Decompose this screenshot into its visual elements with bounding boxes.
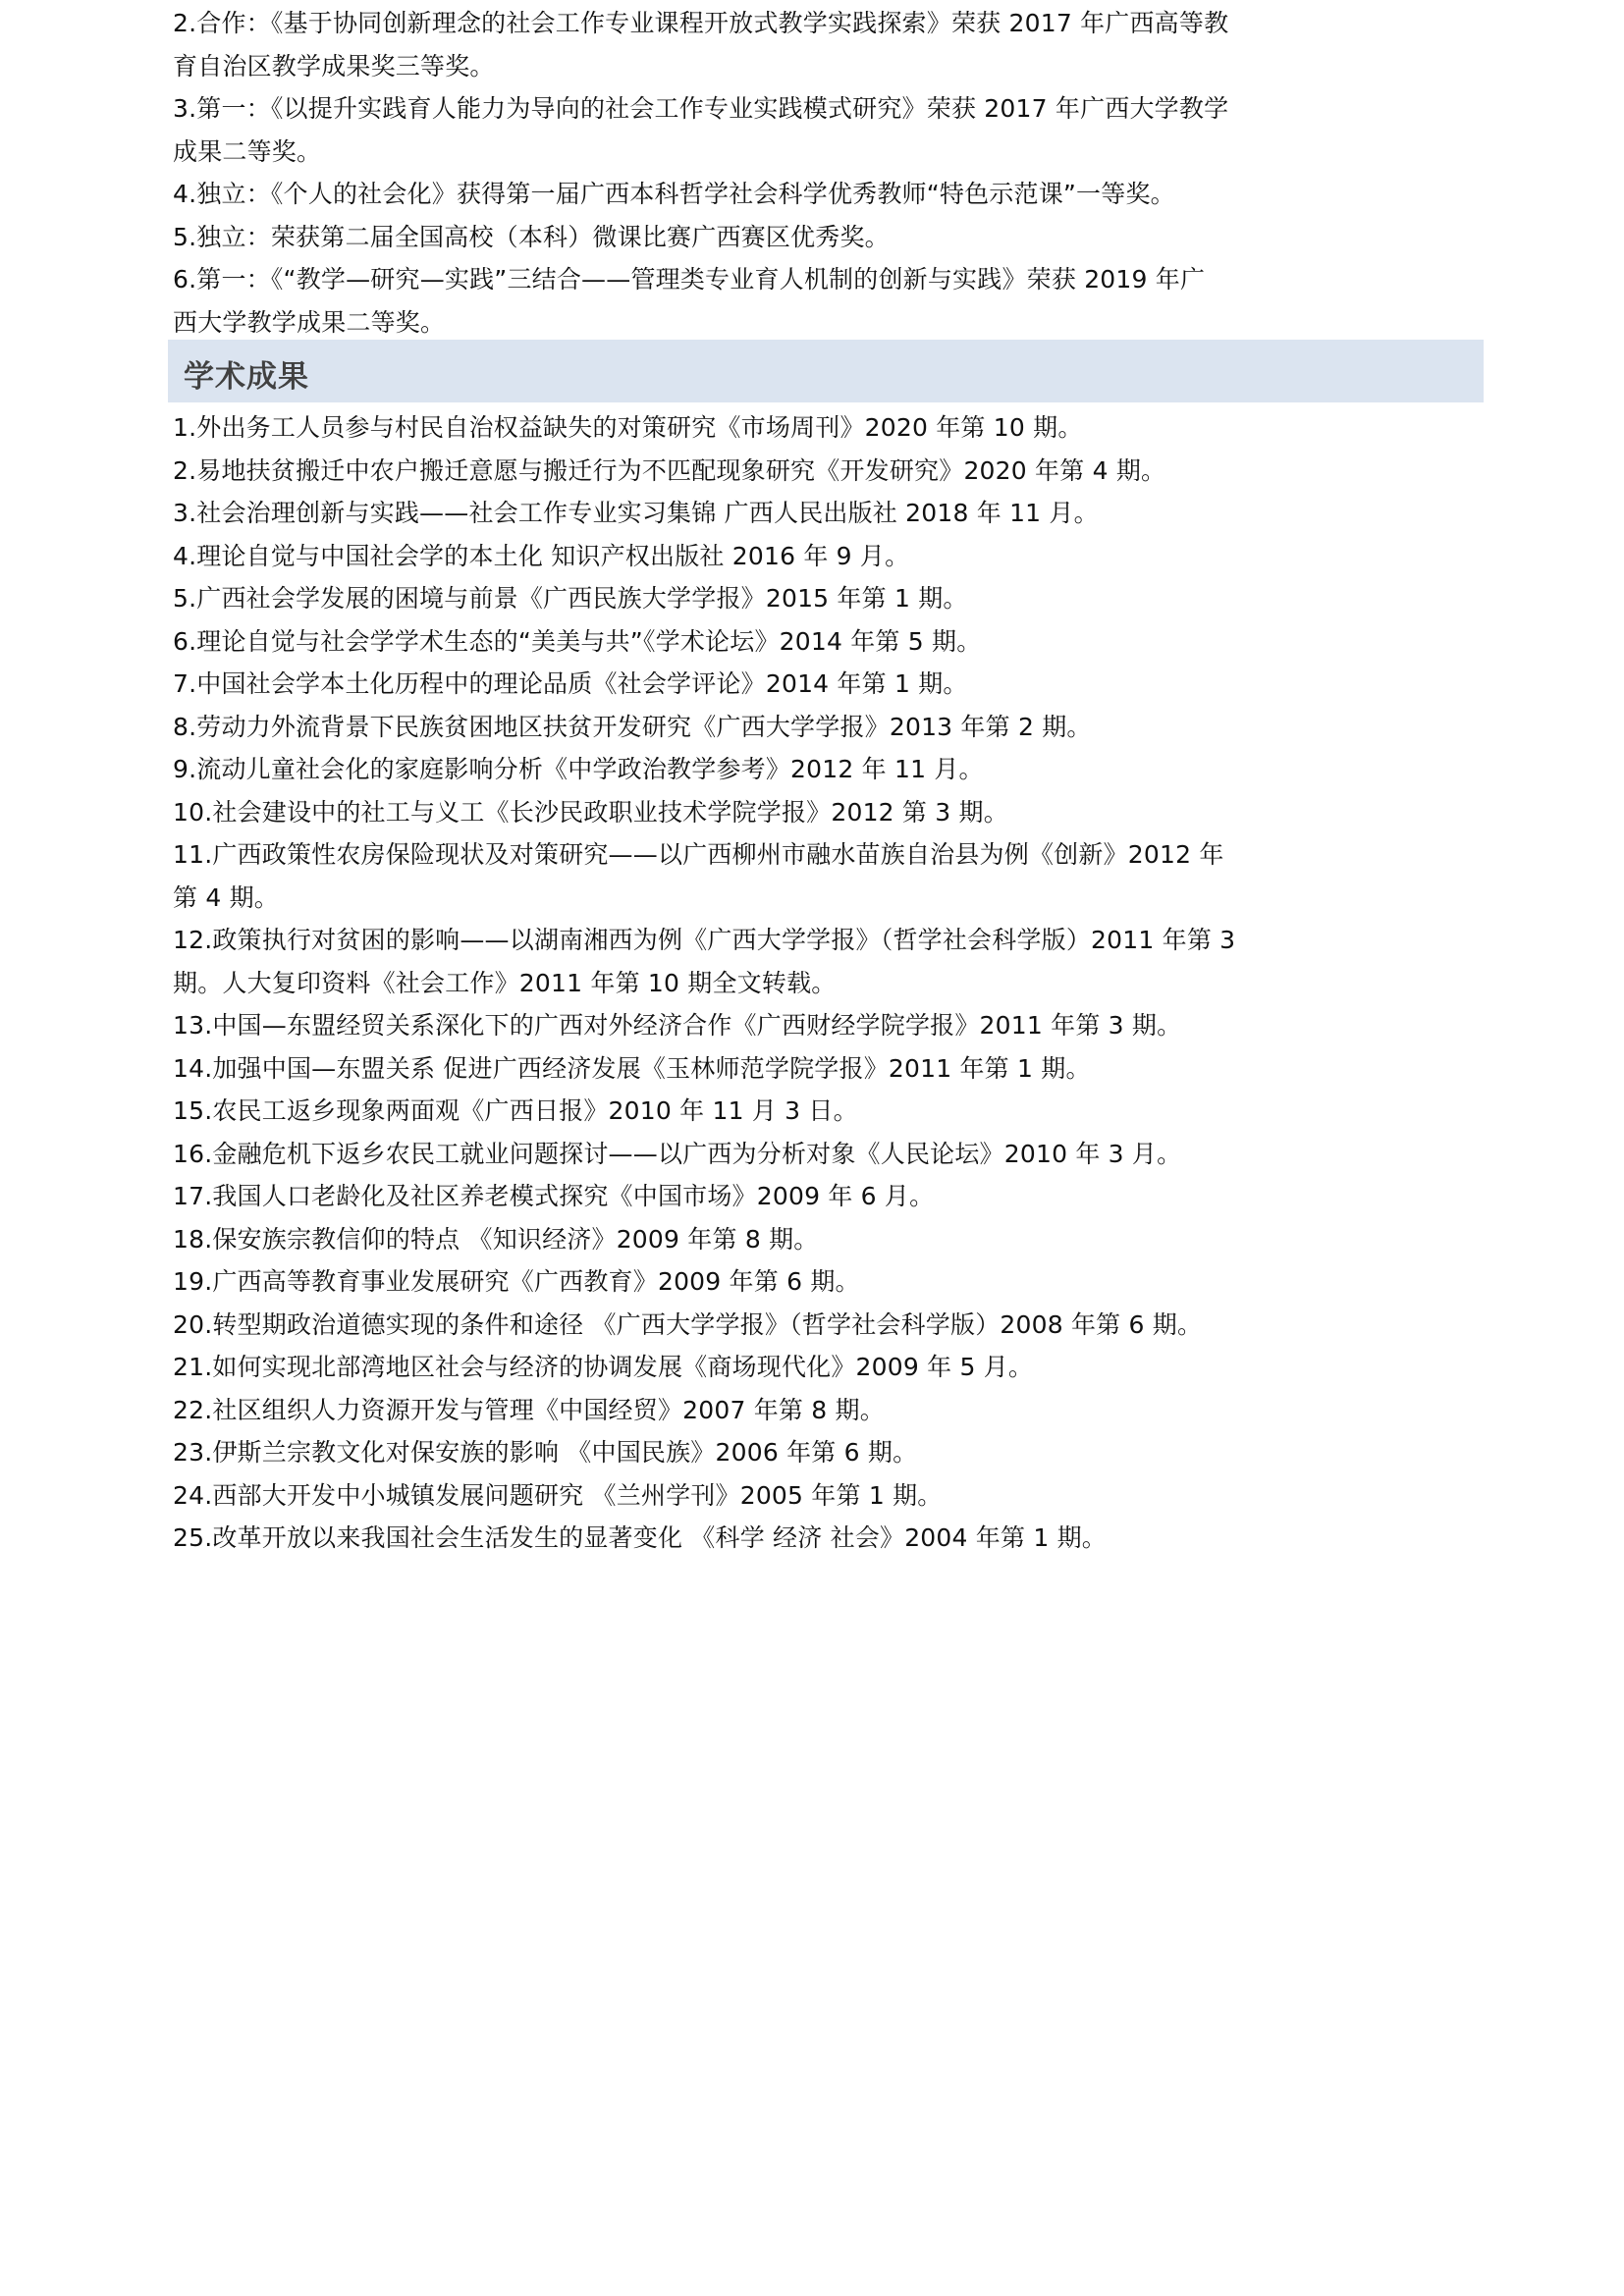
publication-line: 20.转型期政治道德实现的条件和途径 《广西大学学报》（哲学社会科学版）2008… bbox=[173, 1304, 1449, 1347]
publication-line: 11.广西政策性农房保险现状及对策研究——以广西柳州市融水苗族自治县为例《创新》… bbox=[173, 833, 1449, 877]
award-line: 西大学教学成果二等奖。 bbox=[173, 301, 1390, 345]
section-header-academic: 学术成果 bbox=[168, 340, 1484, 402]
publication-line: 第 4 期。 bbox=[173, 877, 1449, 920]
section-title: 学术成果 bbox=[184, 351, 309, 396]
publication-line: 6.理论自觉与社会学学术生态的“美美与共”《学术论坛》2014 年第 5 期。 bbox=[173, 620, 1449, 664]
publication-line: 8.劳动力外流背景下民族贫困地区扶贫开发研究《广西大学学报》2013 年第 2 … bbox=[173, 706, 1449, 749]
publication-line: 12.政策执行对贫困的影响——以湖南湘西为例《广西大学学报》（哲学社会科学版）2… bbox=[173, 919, 1449, 962]
publication-line: 4.理论自觉与中国社会学的本土化 知识产权出版社 2016 年 9 月。 bbox=[173, 535, 1449, 578]
award-line: 5.独立：荣获第二届全国高校（本科）微课比赛广西赛区优秀奖。 bbox=[173, 216, 1390, 259]
publications-list: 1.外出务工人员参与村民自治权益缺失的对策研究《市场周刊》2020 年第 10 … bbox=[173, 406, 1449, 1560]
publication-line: 22.社区组织人力资源开发与管理《中国经贸》2007 年第 8 期。 bbox=[173, 1389, 1449, 1432]
award-line: 6.第一：《“教学—研究—实践”三结合——管理类专业育人机制的创新与实践》荣获 … bbox=[173, 258, 1390, 301]
publication-line: 10.社会建设中的社工与义工《长沙民政职业技术学院学报》2012 第 3 期。 bbox=[173, 791, 1449, 834]
publication-line: 5.广西社会学发展的困境与前景《广西民族大学学报》2015 年第 1 期。 bbox=[173, 577, 1449, 620]
publication-line: 16.金融危机下返乡农民工就业问题探讨——以广西为分析对象《人民论坛》2010 … bbox=[173, 1133, 1449, 1176]
award-line: 4.独立：《个人的社会化》获得第一届广西本科哲学社会科学优秀教师“特色示范课”一… bbox=[173, 173, 1390, 216]
publication-line: 25.改革开放以来我国社会生活发生的显著变化 《科学 经济 社会》2004 年第… bbox=[173, 1517, 1449, 1560]
award-line: 3.第一：《以提升实践育人能力为导向的社会工作专业实践模式研究》荣获 2017 … bbox=[173, 87, 1390, 131]
publication-line: 期。人大复印资料《社会工作》2011 年第 10 期全文转载。 bbox=[173, 962, 1449, 1005]
award-line: 2.合作：《基于协同创新理念的社会工作专业课程开放式教学实践探索》荣获 2017… bbox=[173, 2, 1390, 45]
publication-line: 19.广西高等教育事业发展研究《广西教育》2009 年第 6 期。 bbox=[173, 1260, 1449, 1304]
publication-line: 7.中国社会学本土化历程中的理论品质《社会学评论》2014 年第 1 期。 bbox=[173, 663, 1449, 706]
publication-line: 14.加强中国—东盟关系 促进广西经济发展《玉林师范学院学报》2011 年第 1… bbox=[173, 1047, 1449, 1091]
publication-line: 1.外出务工人员参与村民自治权益缺失的对策研究《市场周刊》2020 年第 10 … bbox=[173, 406, 1449, 450]
award-line: 成果二等奖。 bbox=[173, 131, 1390, 174]
publication-line: 15.农民工返乡现象两面观《广西日报》2010 年 11 月 3 日。 bbox=[173, 1090, 1449, 1133]
teaching-awards-list: 2.合作：《基于协同创新理念的社会工作专业课程开放式教学实践探索》荣获 2017… bbox=[173, 0, 1390, 344]
publication-line: 3.社会治理创新与实践——社会工作专业实习集锦 广西人民出版社 2018 年 1… bbox=[173, 492, 1449, 535]
publication-line: 9.流动儿童社会化的家庭影响分析《中学政治教学参考》2012 年 11 月。 bbox=[173, 748, 1449, 791]
publication-line: 21.如何实现北部湾地区社会与经济的协调发展《商场现代化》2009 年 5 月。 bbox=[173, 1346, 1449, 1389]
publication-line: 18.保安族宗教信仰的特点 《知识经济》2009 年第 8 期。 bbox=[173, 1218, 1449, 1261]
publication-line: 23.伊斯兰宗教文化对保安族的影响 《中国民族》2006 年第 6 期。 bbox=[173, 1431, 1449, 1474]
publication-line: 24.西部大开发中小城镇发展问题研究 《兰州学刊》2005 年第 1 期。 bbox=[173, 1474, 1449, 1518]
document-page: 2.合作：《基于协同创新理念的社会工作专业课程开放式教学实践探索》荣获 2017… bbox=[173, 0, 1390, 344]
publication-line: 2.易地扶贫搬迁中农户搬迁意愿与搬迁行为不匹配现象研究《开发研究》2020 年第… bbox=[173, 450, 1449, 493]
award-line: 育自治区教学成果奖三等奖。 bbox=[173, 45, 1390, 88]
publication-line: 13.中国—东盟经贸关系深化下的广西对外经济合作《广西财经学院学报》2011 年… bbox=[173, 1004, 1449, 1047]
publication-line: 17.我国人口老龄化及社区养老模式探究《中国市场》2009 年 6 月。 bbox=[173, 1175, 1449, 1218]
